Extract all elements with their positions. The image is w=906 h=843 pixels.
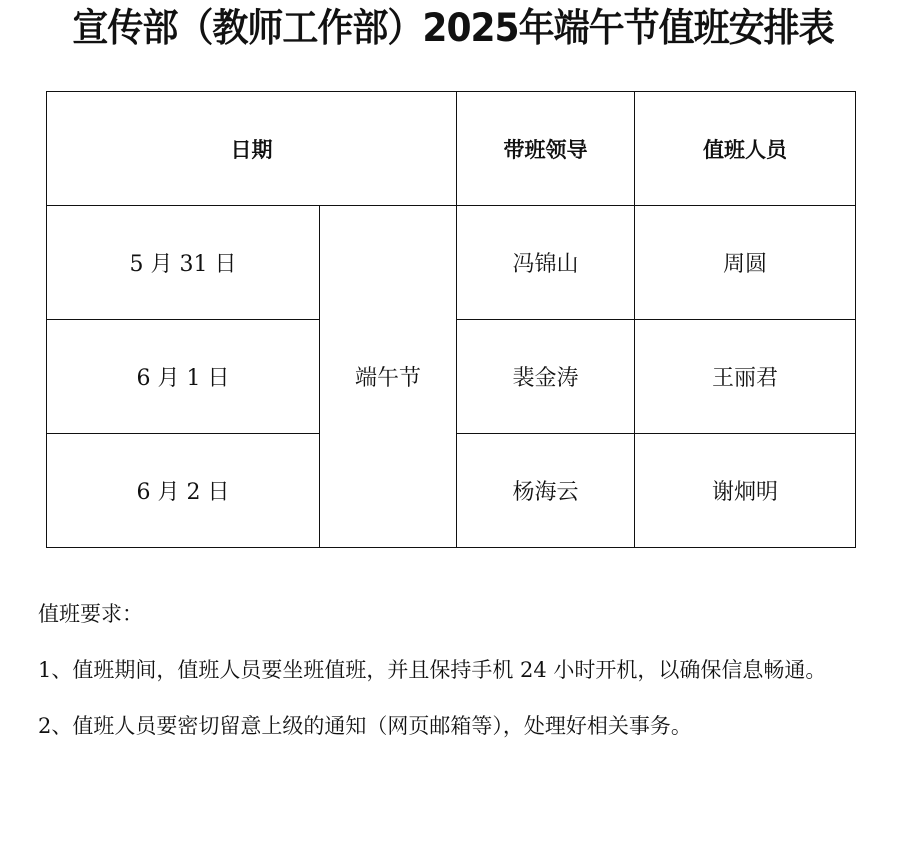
document-title: 宣传部（教师工作部）2025年端午节值班安排表 <box>0 2 906 56</box>
cell-holiday: 端午节 <box>320 206 457 548</box>
duty-requirements: 值班要求： 1、值班期间，值班人员要坐班值班，并且保持手机 24 小时开机，以确… <box>38 586 868 754</box>
cell-date: 6 月 1 日 <box>47 320 320 434</box>
duty-schedule-table: 日期 带班领导 值班人员 5 月 31 日 端午节 冯锦山 周圆 6 月 1 日… <box>46 91 856 548</box>
cell-leader: 冯锦山 <box>457 206 635 320</box>
header-staff: 值班人员 <box>635 92 856 206</box>
cell-staff: 王丽君 <box>635 320 856 434</box>
cell-date: 6 月 2 日 <box>47 434 320 548</box>
requirements-heading: 值班要求： <box>38 586 868 642</box>
header-leader: 带班领导 <box>457 92 635 206</box>
cell-staff: 谢炯明 <box>635 434 856 548</box>
table-row: 5 月 31 日 端午节 冯锦山 周圆 <box>47 206 856 320</box>
table-header-row: 日期 带班领导 值班人员 <box>47 92 856 206</box>
header-date: 日期 <box>47 92 457 206</box>
requirement-item-2: 2、值班人员要密切留意上级的通知（网页邮箱等），处理好相关事务。 <box>38 698 868 754</box>
requirement-item-1: 1、值班期间，值班人员要坐班值班，并且保持手机 24 小时开机，以确保信息畅通。 <box>38 642 868 698</box>
cell-staff: 周圆 <box>635 206 856 320</box>
cell-date: 5 月 31 日 <box>47 206 320 320</box>
cell-leader: 杨海云 <box>457 434 635 548</box>
cell-leader: 裴金涛 <box>457 320 635 434</box>
